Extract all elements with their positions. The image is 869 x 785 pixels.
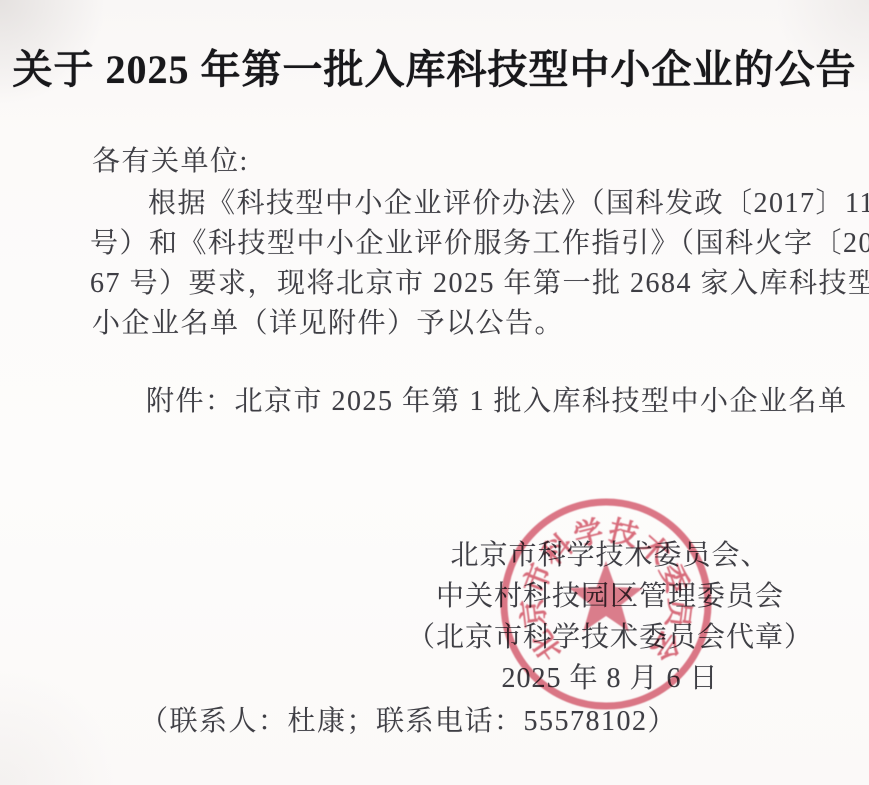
official-seal-stamp: 北京市科学技术委员会 [490,490,722,722]
body-line-4: 小企业名单（详见附件）予以公告。 [92,301,564,341]
svg-text:学: 学 [571,514,607,553]
salutation: 各有关单位: [92,139,249,179]
body-line-3: 67 号）要求，现将北京市 2025 年第一批 2684 家入库科技型中 [90,261,869,301]
body-line-1: 根据《科技型中小企业评价办法》（国科发政〔2017〕115 [148,181,869,221]
svg-text:会: 会 [644,624,688,667]
document-title: 关于 2025 年第一批入库科技型中小企业的公告 [0,38,869,95]
attachment-line: 附件：北京市 2025 年第 1 批入库科技型中小企业名单 [146,379,848,419]
svg-text:员: 员 [659,597,696,632]
seal-star [569,561,643,632]
body-line-2: 号）和《科技型中小企业评价服务工作指引》（国科火字〔2022〕 [90,221,869,261]
svg-text:北: 北 [526,624,569,666]
announcement-document: 关于 2025 年第一批入库科技型中小企业的公告 各有关单位: 根据《科技型中小… [0,0,869,785]
svg-text:京: 京 [515,597,552,630]
